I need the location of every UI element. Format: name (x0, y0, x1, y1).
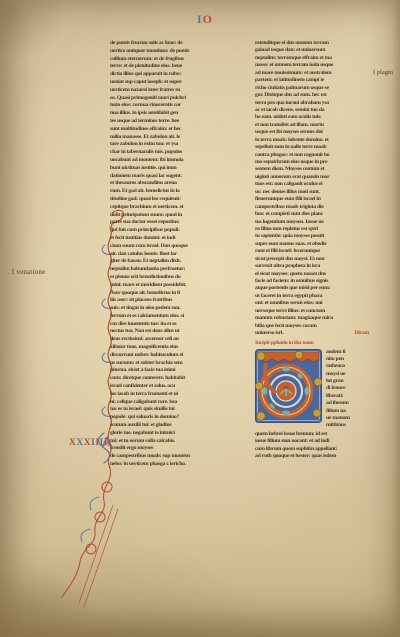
text-line: iosue filium nun uocant: et ad iudi (255, 438, 369, 445)
text-line: super eum manus suas. et obedie (255, 241, 369, 248)
text-line: xiliator tuus. magnificentia eius (110, 344, 236, 352)
text-line: surrexit ultra propheta in isra (255, 263, 369, 270)
text-line: ad ruth quoque et hester: quas isdem (255, 453, 369, 460)
column-2-upper-text: ostenditque ei dns omnem terramgalaad us… (255, 40, 369, 330)
right-margin-gloss: I plagm (373, 69, 393, 76)
text-line: os. Quasi primogeniti tauri pulchri (110, 95, 236, 103)
text-line: char in tabernaculis tuis. populos (110, 149, 236, 157)
text-line: tare zabulon in exitu tuo: et ysa (110, 141, 236, 149)
text-line: nua illius. in ipsis uentilabit gen (110, 110, 236, 118)
text-line: us sursum: et subter brachia sem (110, 360, 236, 368)
text-line: nectus tua. Non est deus alius ut (110, 328, 236, 336)
text-line: nito pen (326, 356, 369, 363)
text-line: ueniat sup caput ioseph: et super (110, 79, 236, 87)
text-line: richo ciuitatis palmarum usque se (255, 85, 369, 92)
text-beside-initial: andem finito pentatheucomoysi uelut gran… (326, 349, 369, 430)
page-edge-right (392, 0, 400, 637)
text-column-1: de pomis fructuu solis ac lune: deuertic… (110, 40, 236, 469)
text-line: dationem maris quasi lac sugent: (110, 173, 236, 181)
text-line: uerseque terre illius: et cunctam (255, 308, 369, 315)
text-line: dictio illius qui apparuit in rubo: (110, 71, 236, 79)
explicit-text: uniuerso isrl. (255, 330, 283, 337)
text-line: bus: et completi sunt dies planc (255, 211, 369, 218)
text-line: glorie tue. negabunt te inimici (110, 430, 236, 438)
running-title: IO (197, 12, 213, 27)
text-line: giter de basan. Et neptalim dixit. (110, 258, 236, 266)
text-line: tes usque ad terminos terre. hee (110, 118, 236, 126)
text-line: ue manum (326, 415, 369, 422)
text-line: lus iacob in terra frumenti et ui (110, 391, 236, 399)
text-line: piterna. eiciet a facie tua inimi (110, 367, 236, 375)
text-line: bunt uictimas iustitie. qui inun (110, 165, 236, 173)
text-line: di fenore (326, 385, 369, 392)
text-line: atque portentis que misit per eum: (255, 285, 369, 292)
text-line: sentem diem. Moyses centum et (255, 166, 369, 173)
text-line: fleueruntque eum filii israel in (255, 196, 369, 203)
text-line: bilia que fecit moyses coram (255, 323, 369, 330)
text-line: ro filius nun repletus est spiri (255, 226, 369, 233)
text-line: usque est ibi moyses seruus dni (255, 129, 369, 136)
text-line: sunt multitudines effraim: et hec (110, 126, 236, 134)
text-line: tudo eius: cornua rinocerotis cor (110, 102, 236, 110)
text-line: gor. Dixitque dns ad eum. hec est (255, 92, 369, 99)
text-line: cum librum quem sophtim appellant: (255, 446, 369, 453)
text-line: tuus est: non caligauit oculus ei (255, 181, 369, 188)
text-line: manum robustam: magnaque mira (255, 315, 369, 322)
text-line: parte sua doctor esset repositus: (110, 219, 236, 227)
text-line: facie ad faciem: in omnibus signis (255, 278, 369, 285)
text-line: contra phogor: et non cognouit ho (255, 152, 369, 159)
text-line: tu sapientie: quia moyses posuit (255, 233, 369, 240)
text-line: de pomis fructuu solis ac lune: de (110, 40, 236, 48)
text-line: uocabunt ad montem: ibi immola (110, 157, 236, 165)
text-line: scutum auxilii tui: et gladius (110, 422, 236, 430)
text-line: lut gran (326, 378, 369, 385)
left-margin-gloss: . I venatione (8, 268, 45, 276)
text-line: moysi ue (326, 371, 369, 378)
explicit-line: uniuerso isrl. Dicam (255, 330, 369, 337)
text-line: qui fuit cum principibus populi: (110, 227, 236, 235)
text-line: uidit principatum suum: quod in (110, 212, 236, 220)
text-line: tatheuco (326, 363, 369, 370)
text-line: partem: et latitudinem campi ie (255, 77, 369, 84)
text-line: sicut precepit dns moysi. Et non (255, 256, 369, 263)
text-line: mittimus (326, 422, 369, 429)
text-line: neptalim habundantia perfruetur: (110, 266, 236, 274)
text-line: terra pro qua iuraui abraham ysa (255, 100, 369, 107)
text-line: et plenus erit benedictionibus do (110, 274, 236, 282)
text-line: cum: dicetque conterere. habitabit (110, 375, 236, 383)
text-line: collium eternorum: et de frugibus (110, 56, 236, 64)
text-line: de campestribus moab: sup montem (110, 453, 236, 461)
text-line: et fecit iustitias domini: et iudi (110, 235, 236, 243)
parchment-shadow-top-left (0, 0, 120, 120)
text-line: uerticem nazarei inter fratres su (110, 87, 236, 95)
text-line: in terra moab: iubente domino. et (255, 137, 369, 144)
text-line: ad mare nouissimum: et australem (255, 70, 369, 77)
illuminated-initial-section: andem finito pentatheucomoysi uelut gran… (255, 349, 369, 430)
text-line: cepitque brachium et uerticem. et (110, 204, 236, 212)
text-line: terre: et de plenitudine eius. bene (110, 63, 236, 71)
text-line: andem fi (326, 349, 369, 356)
text-line: Aser quoque ait. benedictus in fi (110, 290, 236, 298)
text-line: us: nec dentes illius moti sunt. (255, 189, 369, 196)
text-line: et non transibis ad illam. mortu (255, 122, 369, 129)
text-line: el sicut moyses: quem nosset dns (255, 271, 369, 278)
text-line: ferrum et es calciamentum eius. si (110, 313, 236, 321)
text-line: tus es tu israel: quis similis tui (110, 406, 236, 414)
text-line: et thesauros absconditos arena (110, 180, 236, 188)
text-line: ad ihesum (326, 400, 369, 407)
text-line: ostenditque ei dns omnem terram (255, 40, 369, 47)
text-line: sepeliuit eum in ualle terre moab (255, 144, 369, 151)
text-line: filium na (326, 408, 369, 415)
text-line: mini: mare et meridiem possidebit. (110, 282, 236, 290)
manuscript-page: IO . I venatione I plagm XXXIIII A de (0, 0, 400, 637)
text-line: mo sepulchrum eius usque in pre (255, 159, 369, 166)
column-2-lower-text: quem hebrei iosue bennun: id estiosue fi… (255, 431, 369, 461)
incipit-rubric: Incipit pphatio in ihu naue. (255, 339, 369, 347)
text-line: discurrunt nubes: habitaculum ei (110, 352, 236, 360)
text-line: deus rectissimi: ascensor celi au (110, 336, 236, 344)
text-line: ut faceret in terra egypti phara (255, 293, 369, 300)
text-line: tui: et tu eorum colla calcabis. (110, 438, 236, 446)
text-line: galaad usque dan: et uniuersum (255, 47, 369, 54)
text-line: quem hebrei iosue bennun: id est (255, 431, 369, 438)
text-line: cium suum cum israel. Dan quoque (110, 243, 236, 251)
text-line: uiginti annorum erat quando mor (255, 174, 369, 181)
text-line: popule: qui saluaris in domino? (110, 414, 236, 422)
text-line: rum. Et gad ait. benedictus in la (110, 188, 236, 196)
explicit-red-word: Dicam (354, 330, 369, 337)
text-line: campestribus moab triginta die (255, 204, 369, 211)
running-title-letter: O (203, 12, 213, 27)
text-line: bo eam. uidisti eam oculis tuis: (255, 114, 369, 121)
text-line: nasse: et omnem terram iuda usque (255, 62, 369, 69)
text-line: israel confidenter et solus. ocu (110, 383, 236, 391)
text-line: milia manasse. Et zabulon ait. le (110, 134, 236, 142)
illuminated-initial-t (255, 349, 322, 423)
text-line: tus lugentium moysen. Iosue ue (255, 219, 369, 226)
text-line: cut dies iuuentutis tue: ita et se (110, 321, 236, 329)
text-line: scendit ergo moyses (110, 445, 236, 453)
text-line: uertice antiquor montium: de pomis (110, 48, 236, 56)
text-column-2: ostenditque ei dns omnem terramgalaad us… (255, 40, 369, 461)
text-line: suis: et tingat in oleo pedem suu. (110, 305, 236, 313)
text-line: liberati: (326, 393, 369, 400)
text-line: runt ei filii israel: feceruntque (255, 248, 369, 255)
text-line: ac et iacob dicens. semini tuo da (255, 107, 369, 114)
text-line: ni: celique caligabunt rore. bea (110, 399, 236, 407)
text-line: liis aser: sit placens fratribus (110, 297, 236, 305)
text-line: neptalim: terramque effraim et ma (255, 55, 369, 62)
text-line: titudine gad: quasi leo requieuit: (110, 196, 236, 204)
text-line: oni: et omnibus seruis eius: uni (255, 300, 369, 307)
text-line: nebo: in uerticem phasga c iericho. (110, 461, 236, 469)
text-line: ait. dan catulus leonis: fluet lar (110, 251, 236, 259)
